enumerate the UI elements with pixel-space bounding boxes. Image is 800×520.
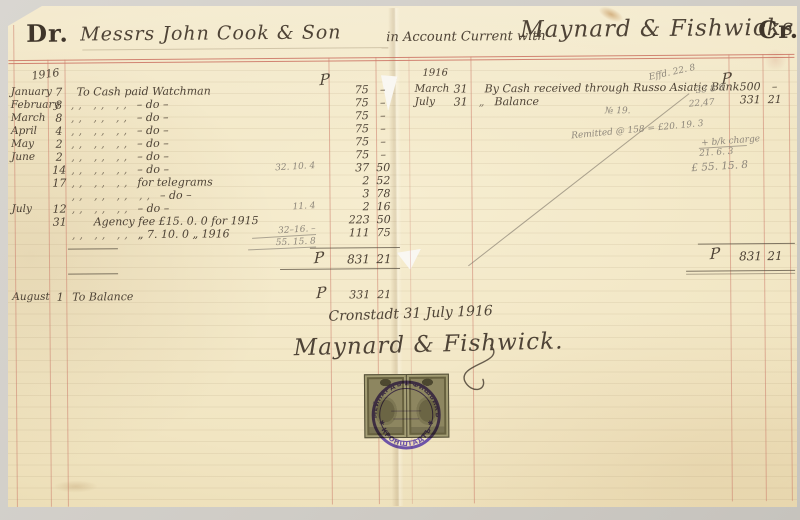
credit-total-rule-bottom-1: [686, 270, 795, 272]
row-kopecks: 50: [374, 161, 392, 174]
ditto-marks: ‚‚ ‚‚ ‚‚: [71, 137, 131, 150]
row-description: To Cash paid Watchman: [77, 84, 211, 98]
credit-label: Cr.: [758, 15, 799, 44]
row-roubles: 223: [326, 213, 370, 226]
pencil-remitted-note: Remitted @ 158 = £20. 19. 3: [571, 119, 704, 142]
row-kopecks: 78: [374, 187, 392, 200]
row-month: August: [12, 291, 52, 304]
row-roubles: 75: [325, 135, 369, 148]
row-day: 12: [52, 203, 68, 216]
row-month: January: [11, 86, 51, 99]
place-date-line: Cronstadt 31 July 1916: [328, 303, 493, 325]
row-day: 8: [51, 112, 67, 125]
row-description: – do –: [137, 163, 169, 176]
balance-currency: P: [316, 283, 327, 302]
row-kopecks: –: [374, 83, 392, 96]
row-month: May: [11, 138, 51, 151]
pencil-conversion-4: 55. 15. 8: [248, 236, 316, 250]
svg-text:✱ КРОНШТАДТЪ ✱: ✱ КРОНШТАДТЪ ✱: [377, 419, 435, 449]
row-month: July: [12, 203, 52, 216]
firm-round-stamp: МЕЙНАРДЪ и ФИШВИКЪ ✱ КРОНШТАДТЪ ✱: [369, 378, 444, 453]
row-description: „ 7. 10. 0 „ 1916: [138, 227, 230, 241]
row-kopecks: 75: [375, 226, 393, 239]
scanned-ledger-document: Dr. Messrs John Cook & Son in Account Cu…: [0, 0, 800, 520]
row-kopecks: –: [374, 135, 392, 148]
debit-total-rule-bottom: [280, 268, 400, 270]
paper-stain: [54, 480, 98, 492]
row-day: 31: [52, 216, 68, 229]
row-roubles: 75: [325, 148, 369, 161]
debit-label: Dr.: [26, 19, 69, 48]
column-line-credit-desc-rub: [728, 54, 733, 501]
debit-total-kopecks: 21: [375, 252, 393, 266]
margin-line-right: [788, 54, 793, 501]
row-description: Balance: [494, 95, 539, 108]
row-roubles: 75: [325, 96, 369, 109]
firm-name: Maynard & Fishwicks: [520, 15, 794, 43]
row-kopecks: –: [374, 96, 392, 109]
pencil-diagonal-stroke: [468, 93, 689, 266]
row-roubles: 331: [715, 93, 761, 106]
row-kopecks: 21: [375, 288, 393, 301]
debit-row: ‚‚ ‚‚ ‚‚„ 7. 10. 0 „ 1916 111 75: [12, 226, 404, 242]
row-description: – do –: [137, 111, 169, 124]
row-month: March: [415, 83, 453, 96]
row-day: 14: [51, 164, 67, 177]
row-roubles: 3: [325, 187, 369, 200]
column-line-credit-rub-kop: [762, 54, 767, 501]
credit-total-rule-bottom-2: [686, 273, 795, 275]
debit-total-roubles: 831: [326, 252, 370, 266]
balance-row: August 1 To Balance 331 21: [12, 288, 404, 304]
row-day: 7: [51, 86, 67, 99]
row-description: for telegrams: [137, 175, 212, 189]
row-roubles: 75: [325, 83, 369, 96]
row-day: 8: [51, 99, 67, 112]
ditto-marks: ‚‚ ‚‚ ‚‚: [71, 98, 131, 111]
row-month: March: [11, 112, 51, 125]
ditto-marks: ‚‚ ‚‚ ‚‚: [72, 202, 132, 215]
row-kopecks: –: [374, 109, 392, 122]
addressee-underline: [82, 47, 388, 50]
ditto-marks: ‚‚ ‚‚ ‚‚: [71, 111, 131, 124]
row-kopecks: –: [374, 148, 392, 161]
row-roubles: 75: [325, 122, 369, 135]
pencil-note-2247: 22,47: [688, 98, 714, 110]
row-month: February: [11, 99, 51, 112]
row-kopecks: 50: [375, 213, 393, 226]
row-roubles: 75: [325, 109, 369, 122]
credit-year: 1916: [422, 68, 448, 79]
svg-text:МЕЙНАРДЪ и ФИШВИКЪ: МЕЙНАРДЪ и ФИШВИКЪ: [371, 380, 441, 418]
row-description: – do –: [137, 124, 169, 137]
debit-total-currency: P: [314, 248, 325, 267]
ditto-marks: ‚‚ ‚‚ ‚‚: [71, 176, 131, 189]
row-roubles: 37: [325, 161, 369, 174]
row-day: 4: [51, 125, 67, 138]
row-day: 31: [453, 82, 469, 95]
debit-desc-rule-bottom: [68, 273, 118, 274]
row-description: – do –: [137, 150, 169, 163]
row-month: April: [11, 125, 51, 138]
row-description: – do –: [137, 137, 169, 150]
row-month: June: [11, 151, 51, 164]
row-roubles: 2: [326, 200, 370, 213]
row-kopecks: –: [374, 122, 392, 135]
row-day: 17: [51, 177, 67, 190]
row-description: Agency fee £15. 0. 0 for 1915: [94, 214, 259, 228]
row-description: – do –: [160, 189, 192, 202]
row-kopecks: 52: [374, 174, 392, 187]
stamp-ring-top-text: МЕЙНАРДЪ и ФИШВИКЪ: [371, 380, 441, 418]
debit-desc-rule-top: [68, 248, 118, 249]
document-content: Dr. Messrs John Cook & Son in Account Cu…: [0, 0, 800, 520]
pencil-subtotal: 21. 6. 3: [699, 145, 748, 159]
credit-row: July 31 „Balance 331 21: [415, 93, 793, 109]
row-day: 2: [51, 151, 67, 164]
ditto-marks: ‚‚ ‚‚ ‚‚: [72, 228, 132, 241]
pencil-sterling-total: £ 55. 15. 8: [691, 159, 748, 174]
addressee-name: Messrs John Cook & Son: [80, 21, 341, 45]
column-line-credit-day-desc: [470, 56, 475, 503]
ditto-marks: ‚‚ ‚‚ ‚‚: [71, 163, 131, 176]
row-kopecks: 21: [767, 93, 783, 106]
debit-year: 1916: [31, 66, 60, 83]
row-roubles: 111: [326, 226, 370, 239]
row-day: 1: [52, 291, 68, 304]
row-roubles: 331: [326, 288, 370, 301]
ditto-marks: ‚‚ ‚‚ ‚‚ ‚‚: [71, 189, 154, 203]
stamp-ring-bottom-text: ✱ КРОНШТАДТЪ ✱: [377, 419, 435, 449]
row-day: 31: [453, 95, 469, 108]
row-kopecks: –: [767, 80, 783, 93]
ditto-marks: ‚‚ ‚‚ ‚‚: [71, 124, 131, 137]
ditto-marks: ‚‚ ‚‚ ‚‚: [71, 150, 131, 163]
paper-stain: [764, 49, 786, 71]
row-month: July: [415, 96, 453, 109]
row-day: 2: [51, 138, 67, 151]
ditto-marks: „: [479, 95, 489, 108]
credit-total-roubles: 831: [718, 249, 762, 263]
credit-total-kopecks: 21: [766, 249, 784, 263]
row-description: – do –: [138, 202, 170, 215]
pencil-note-no19: № 19.: [605, 106, 631, 116]
signature: Maynard & Fishwick.: [293, 328, 563, 361]
row-description: – do –: [137, 98, 169, 111]
row-description: To Balance: [72, 290, 133, 303]
row-kopecks: 16: [375, 200, 393, 213]
row-roubles: 2: [325, 174, 369, 187]
